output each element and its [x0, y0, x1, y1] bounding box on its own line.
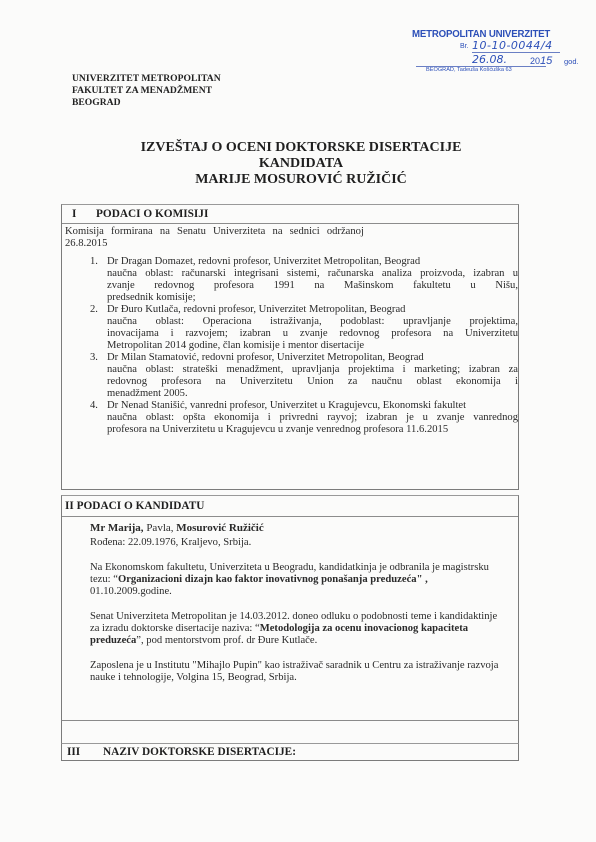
- member-line: predsednik komisije;: [107, 292, 518, 304]
- member-index: 3.: [90, 352, 98, 364]
- commission-member: 3.Dr Milan Stamatović, redovni profesor,…: [107, 352, 518, 400]
- member-index: 1.: [90, 256, 98, 268]
- member-line: Dr Dragan Domazet, redovni profesor, Uni…: [107, 256, 518, 268]
- candidate-name: Mr Marija, Pavla, Mosurović Ružičić: [90, 521, 518, 535]
- member-line: menadžment 2005.: [107, 388, 518, 400]
- member-index: 2.: [90, 304, 98, 316]
- empty-row: [61, 720, 519, 744]
- member-line: Dr Đuro Kutlača, redovni profesor, Unive…: [107, 304, 518, 316]
- member-line: Dr Nenad Stanišić, vanredni profesor, Un…: [107, 400, 518, 412]
- member-line: naučna oblast: opšta ekonomija i privred…: [107, 412, 518, 424]
- title-line: KANDIDATA: [6, 156, 596, 172]
- section-candidate: II PODACI O KANDIDATU Mr Marija, Pavla, …: [61, 495, 519, 721]
- section-commission: IPODACI O KOMISIJI Komisija formirana na…: [61, 204, 519, 490]
- candidate-details: Mr Marija, Pavla, Mosurović Ružičić Rođe…: [62, 517, 518, 684]
- masters-thesis-title: Organizacioni dizajn kao faktor inovativ…: [118, 574, 428, 585]
- section-dissertation-title: IIINAZIV DOKTORSKE DISERTACIJE:: [61, 743, 519, 761]
- title-line: MARIJE MOSUROVIĆ RUŽIČIĆ: [6, 172, 596, 188]
- section-heading: IIINAZIV DOKTORSKE DISERTACIJE:: [62, 744, 518, 760]
- intro-date: 26.8.2015: [65, 238, 518, 250]
- section-heading: IPODACI O KOMISIJI: [62, 205, 518, 224]
- member-line: zvanje redovnog profesora 1991 na Mašins…: [107, 280, 518, 292]
- section-number: III: [67, 745, 103, 759]
- candidate-surname: Mosurović Ružičić: [176, 522, 263, 534]
- section-number: I: [68, 206, 96, 222]
- commission-members-list: 1.Dr Dragan Domazet, redovni profesor, U…: [62, 256, 518, 436]
- commission-intro: Komisija formirana na Senatu Univerzitet…: [62, 224, 518, 250]
- para-text: ”, pod mentorstvom prof. dr Đure Kutlače…: [136, 635, 317, 646]
- member-line: naučna oblast: Operaciona istraživanja, …: [107, 316, 518, 328]
- candidate-father-name: Pavla,: [144, 522, 177, 534]
- institution-line: BEOGRAD: [72, 97, 221, 109]
- commission-member: 1.Dr Dragan Domazet, redovni profesor, U…: [107, 256, 518, 304]
- document-title: IZVEŠTAJ O OCENI DOKTORSKE DISERTACIJE K…: [0, 140, 596, 188]
- title-line: IZVEŠTAJ O OCENI DOKTORSKE DISERTACIJE: [6, 140, 596, 156]
- member-line: redovnog profesora na Univerzitetu Union…: [107, 376, 518, 388]
- registry-stamp: METROPOLITAN UNIVERZITET Br. 10-10-0044/…: [412, 28, 596, 73]
- institution-line: FAKULTET ZA MENADŽMENT: [72, 85, 221, 97]
- member-line: Dr Milan Stamatović, redovni profesor, U…: [107, 352, 518, 364]
- stamp-number-label: Br.: [460, 43, 469, 50]
- dissertation-approval-paragraph: Senat Univerziteta Metropolitan je 14.03…: [90, 611, 518, 647]
- stamp-number-row: Br. 10-10-0044/4: [412, 40, 596, 54]
- institution-header: UNIVERZITET METROPOLITAN FAKULTET ZA MEN…: [72, 73, 221, 109]
- member-line: naučna oblast: računarski integrisani si…: [107, 268, 518, 280]
- stamp-number: 10-10-0044/4: [472, 39, 560, 53]
- intro-line: Komisija formirana na Senatu Univerzitet…: [65, 226, 518, 238]
- commission-member: 2.Dr Đuro Kutlača, redovni profesor, Uni…: [107, 304, 518, 352]
- masters-thesis-paragraph: Na Ekonomskom fakultetu, Univerziteta u …: [90, 562, 518, 598]
- stamp-year: 2015: [530, 55, 552, 67]
- section-heading: II PODACI O KANDIDATU: [62, 496, 518, 517]
- member-index: 4.: [90, 400, 98, 412]
- institution-line: UNIVERZITET METROPOLITAN: [72, 73, 221, 85]
- member-line: naučna oblast: strateški menadžment, upr…: [107, 364, 518, 376]
- section-title: PODACI O KOMISIJI: [96, 208, 208, 220]
- candidate-first-name: Mr Marija,: [90, 522, 144, 534]
- stamp-year-prefix: 20: [530, 56, 540, 66]
- employment-paragraph: Zaposlena je u Institutu "Mihajlo Pupin"…: [90, 660, 518, 684]
- stamp-god-label: god.: [564, 57, 579, 66]
- stamp-date-row: 26.08. 2015 god.: [412, 54, 596, 68]
- member-line: Metropolitan 2014 godine, član komisije …: [107, 340, 518, 352]
- section-title: NAZIV DOKTORSKE DISERTACIJE:: [103, 746, 296, 758]
- member-line: profesora na Univerzitetu u Kragujevcu u…: [107, 424, 518, 436]
- member-line: inovacijama i razvojem; izabran u zvanje…: [107, 328, 518, 340]
- candidate-birth: Rođena: 22.09.1976, Kraljevo, Srbija.: [90, 537, 518, 549]
- commission-member: 4.Dr Nenad Stanišić, vanredni profesor, …: [107, 400, 518, 436]
- para-text: 01.10.2009.godine.: [90, 586, 172, 597]
- stamp-date: 26.08.: [472, 53, 507, 66]
- stamp-date-underline: [416, 66, 546, 67]
- stamp-year-suffix: 15: [540, 55, 552, 67]
